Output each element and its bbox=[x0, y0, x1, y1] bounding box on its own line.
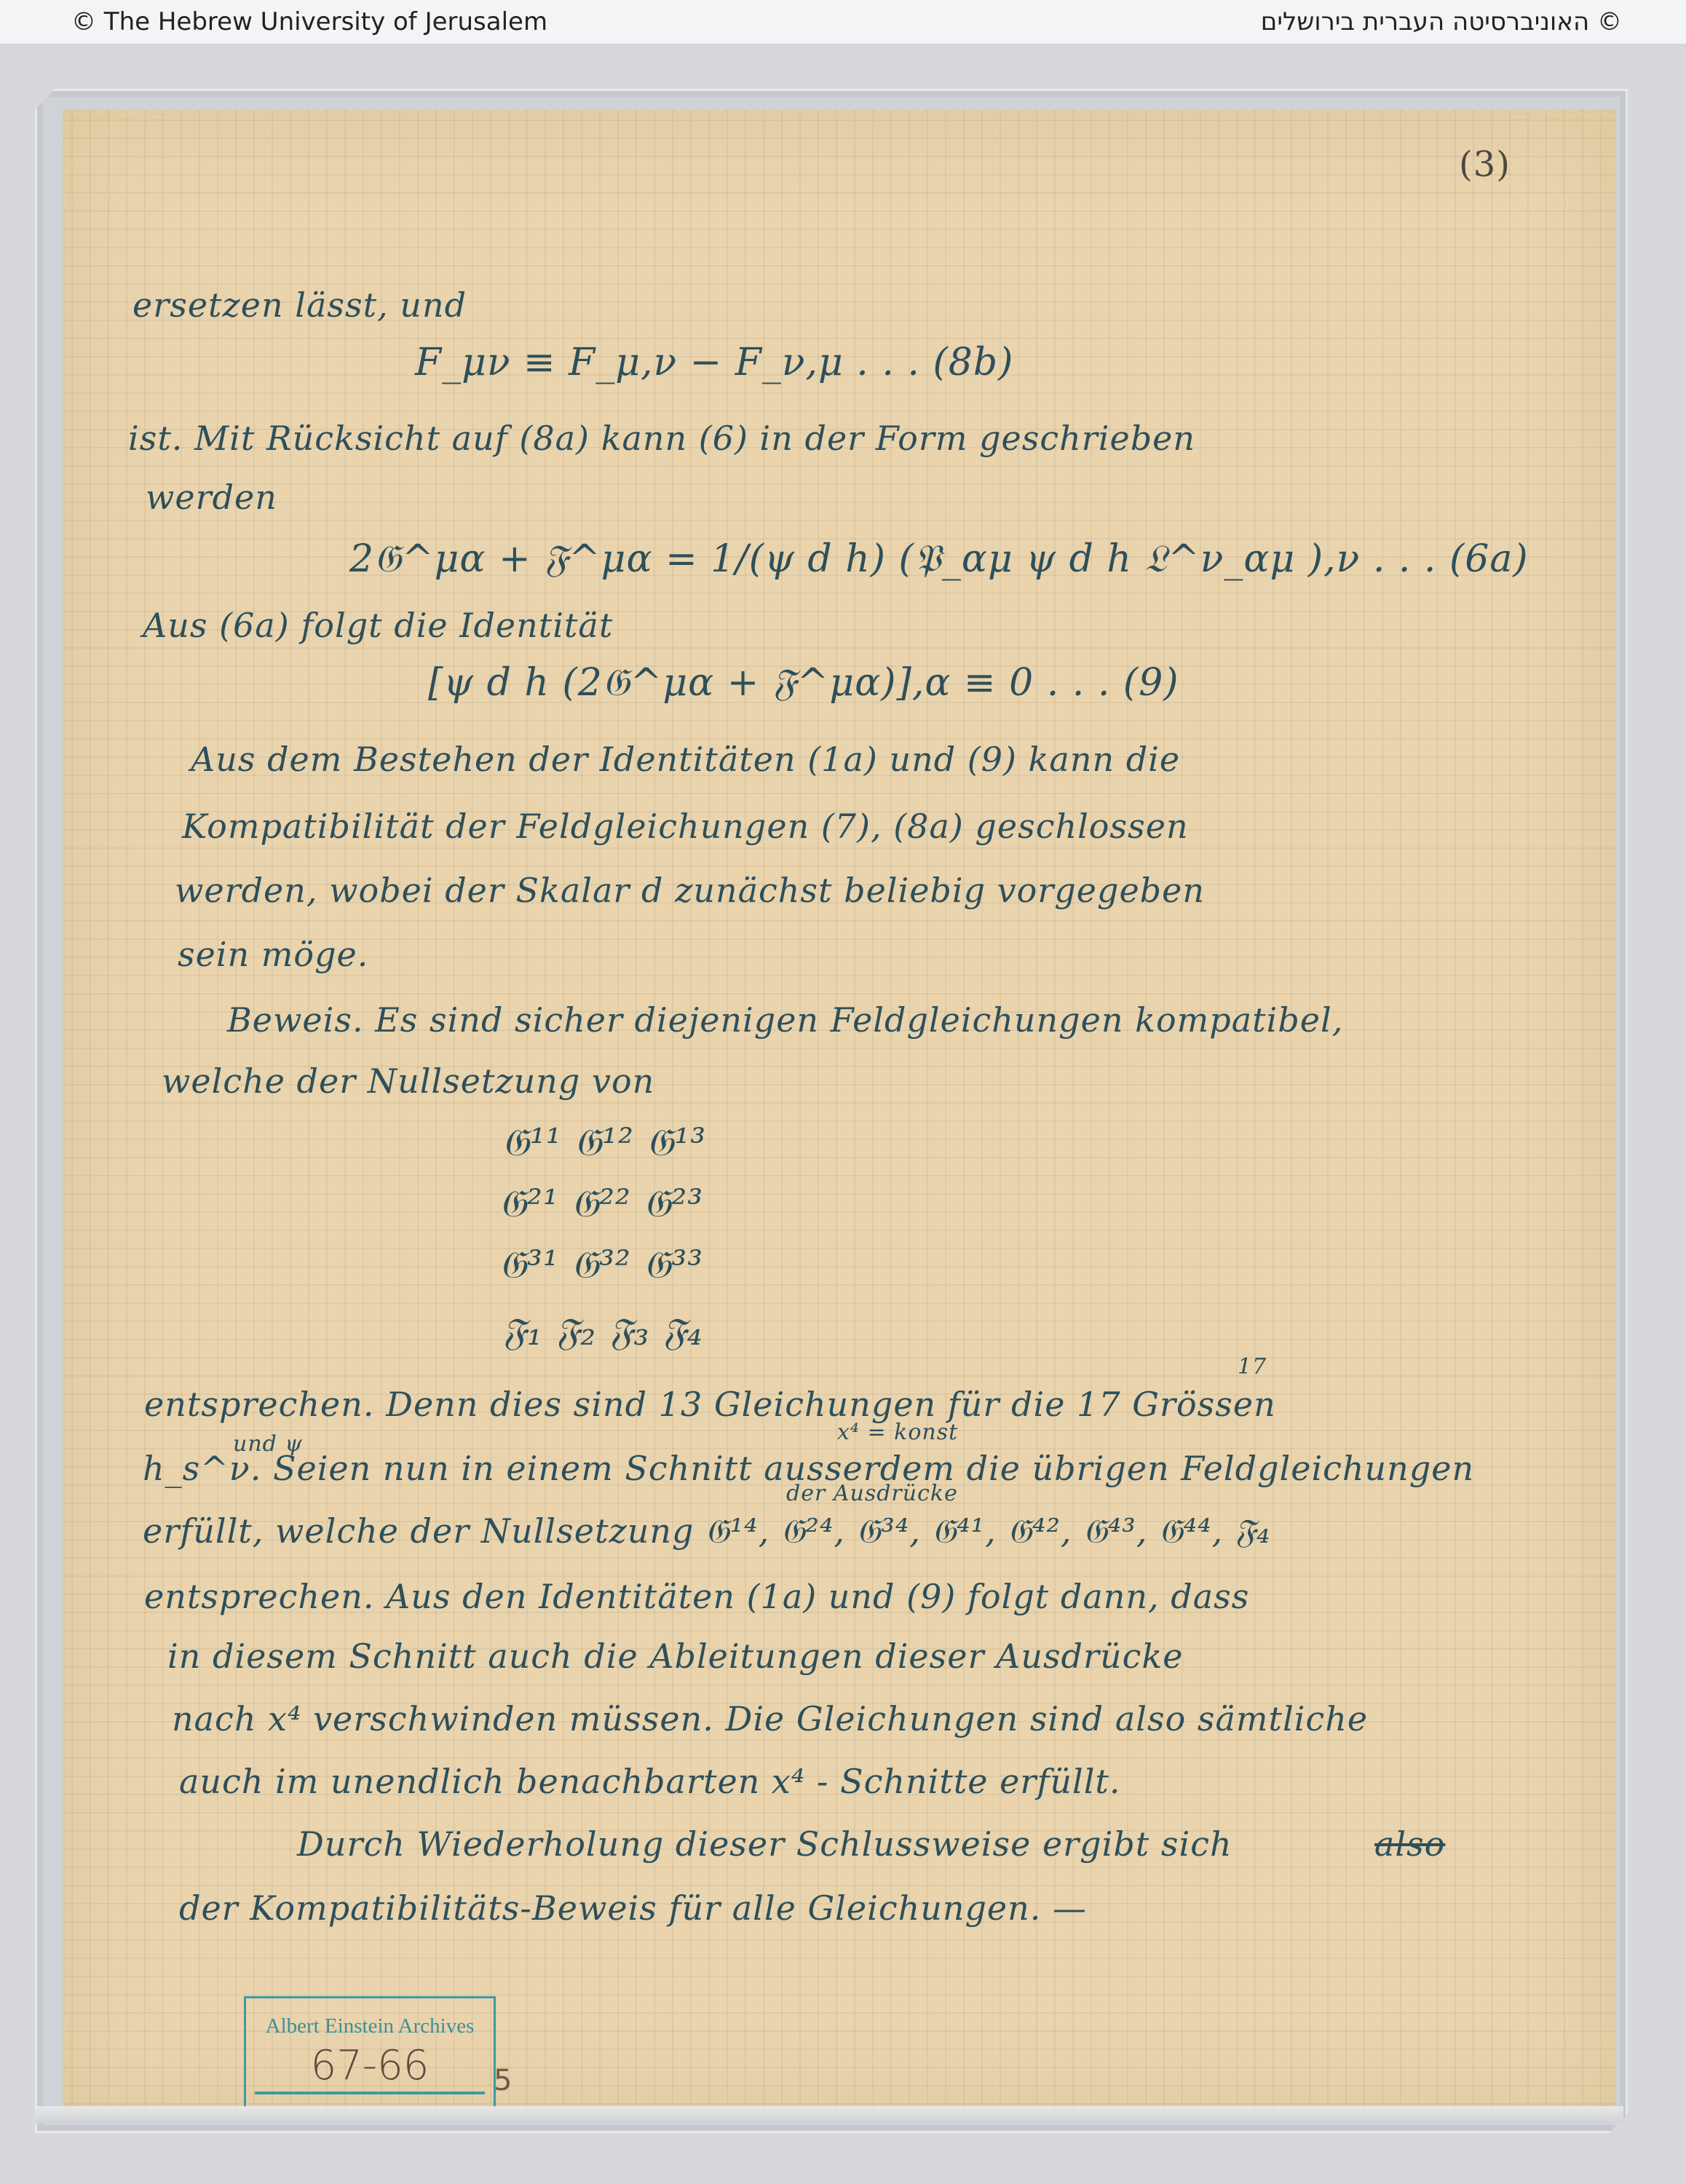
equation-8b: F_μν ≡ F_μ,ν − F_ν,μ . . . (8b) bbox=[415, 341, 1013, 384]
manuscript-line: sein möge. bbox=[178, 935, 368, 974]
page-number: (3) bbox=[1459, 144, 1511, 185]
manuscript-line: auch im unendlich benachbarten x⁴ - Schn… bbox=[179, 1762, 1121, 1801]
matrix-row-2: 𝔊²¹ 𝔊²² 𝔊²³ bbox=[499, 1182, 703, 1227]
manuscript-line: Kompatibilität der Feldgleichungen (7), … bbox=[182, 807, 1189, 846]
insertion-17: 17 bbox=[1238, 1354, 1267, 1380]
archive-number: 67-66 bbox=[246, 2042, 494, 2089]
manuscript-line: nach x⁴ verschwinden müssen. Die Gleichu… bbox=[172, 1699, 1368, 1738]
manuscript-line: werden bbox=[146, 478, 277, 517]
archive-stamp: Albert Einstein Archives 67-66 bbox=[244, 1996, 496, 2108]
sleeve-bottom-edge bbox=[35, 2106, 1623, 2124]
insertion-der-ausdruecke: der Ausdrücke bbox=[786, 1481, 958, 1506]
manuscript-line: entsprechen. Denn dies sind 13 Gleichung… bbox=[144, 1385, 1276, 1424]
manuscript-line: Durch Wiederholung dieser Schlussweise e… bbox=[297, 1824, 1232, 1864]
manuscript-line: Aus dem Bestehen der Identitäten (1a) un… bbox=[191, 740, 1180, 779]
manuscript-line: werden, wobei der Skalar d zunächst beli… bbox=[175, 871, 1205, 910]
manuscript-line: in diesem Schnitt auch die Ableitungen d… bbox=[167, 1637, 1183, 1676]
matrix-row-3: 𝔊³¹ 𝔊³² 𝔊³³ bbox=[499, 1243, 703, 1288]
manuscript-line: Aus (6a) folgt die Identität bbox=[143, 606, 613, 645]
equation-9: [ψ d h (2𝔊^μα + 𝔉^μα)],α ≡ 0 . . . (9) bbox=[428, 661, 1179, 705]
insertion-x4-konst: x⁴ = konst bbox=[837, 1420, 958, 1445]
manuscript-line: welche der Nullsetzung von bbox=[162, 1061, 654, 1101]
copyright-english: © The Hebrew University of Jerusalem bbox=[71, 7, 547, 36]
copyright-hebrew: © האוניברסיטה העברית בירושלים bbox=[1261, 7, 1622, 36]
manuscript-page bbox=[63, 109, 1616, 2118]
equation-6a: 2𝔊^μα + 𝔉^μα = 1/(ψ d h) (𝔓_αμ ψ d h 𝔏^ν… bbox=[349, 537, 1529, 582]
manuscript-line: erfüllt, welche der Nullsetzung 𝔊¹⁴, 𝔊²⁴… bbox=[143, 1511, 1270, 1552]
manuscript-line: ist. Mit Rücksicht auf (8a) kann (6) in … bbox=[128, 419, 1195, 458]
manuscript-line: Beweis. Es sind sicher diejenigen Feldgl… bbox=[227, 1000, 1343, 1040]
copyright-bar: © The Hebrew University of Jerusalem © ה… bbox=[0, 0, 1686, 44]
matrix-row-f: 𝔉₁ 𝔉₂ 𝔉₃ 𝔉₄ bbox=[502, 1310, 703, 1355]
struck-word-also: also bbox=[1374, 1824, 1445, 1864]
matrix-row-1: 𝔊¹¹ 𝔊¹² 𝔊¹³ bbox=[502, 1121, 706, 1166]
folio-number: 5 bbox=[494, 2064, 512, 2097]
manuscript-line: entsprechen. Aus den Identitäten (1a) un… bbox=[144, 1577, 1249, 1616]
stamp-rule bbox=[255, 2092, 485, 2094]
manuscript-line: ersetzen lässt, und bbox=[132, 285, 467, 325]
archive-stamp-title: Albert Einstein Archives bbox=[255, 2014, 485, 2038]
manuscript-line: der Kompatibilitäts-Beweis für alle Glei… bbox=[179, 1888, 1087, 1928]
